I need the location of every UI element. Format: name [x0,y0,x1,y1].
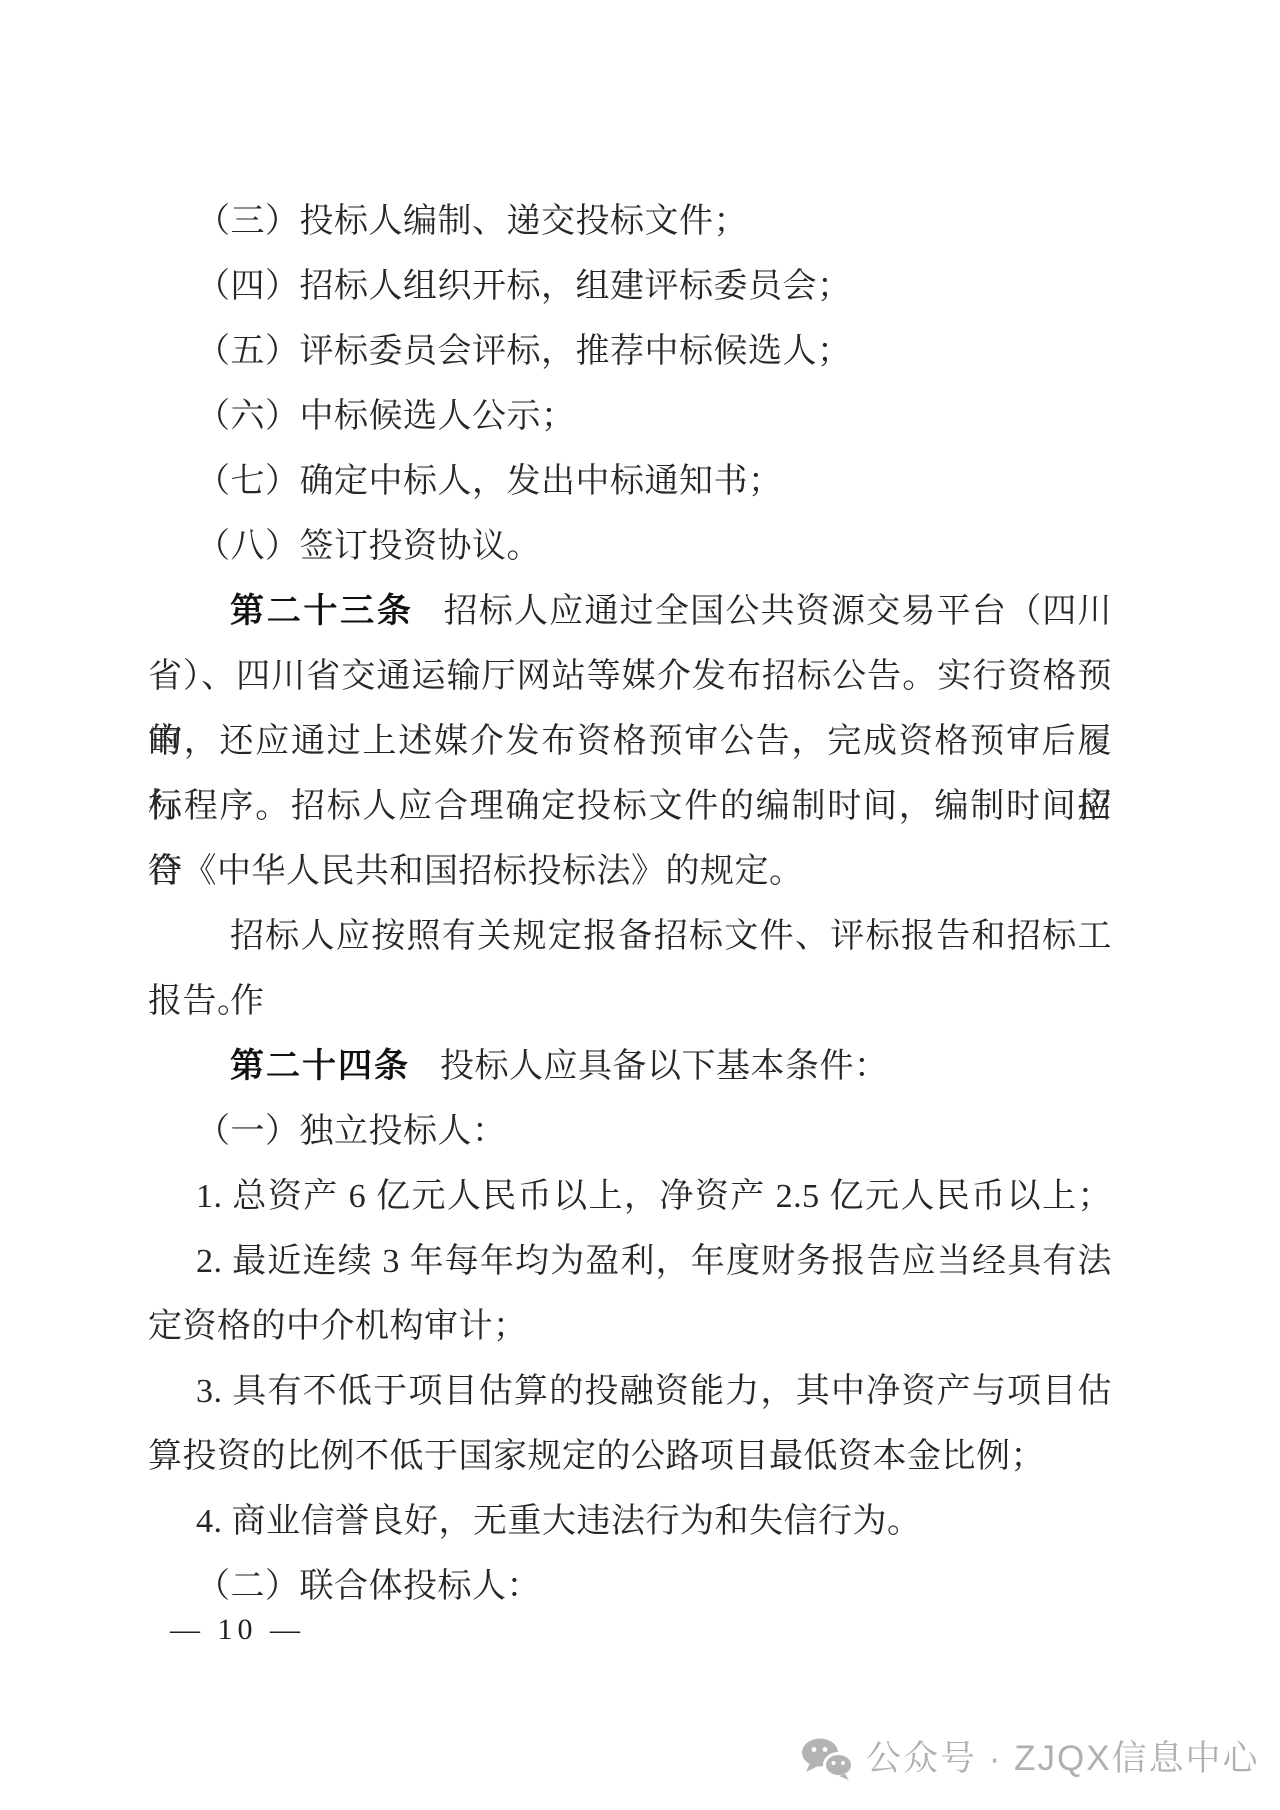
footer-label: 公众号 · ZJQX信息中心 [866,1738,1260,1780]
document-line-text: （七）确定中标人，发出中标通知书； [196,463,783,500]
document-line-text: （三）投标人编制、递交投标文件； [196,203,748,240]
document-line: （一）独立投标人： [148,1099,1112,1164]
document-line-text: 4. 商业信誉良好，无重大违法行为和失信行为。 [196,1503,922,1540]
document-line: 标程序。招标人应合理确定投标文件的编制时间，编制时间应符 [148,774,1112,839]
document-page: （三）投标人编制、递交投标文件；（四）招标人组织开标，组建评标委员会；（五）评标… [0,0,1280,1810]
document-line: （五）评标委员会评标，推荐中标候选人； [148,319,1112,384]
document-line: 招标人应按照有关规定报备招标文件、评标报告和招标工作 [148,904,1112,969]
page-number: — 10 — [170,1610,305,1650]
document-line: （四）招标人组织开标，组建评标委员会； [148,254,1112,319]
document-line-text: （五）评标委员会评标，推荐中标候选人； [196,333,852,370]
document-line: 第二十四条投标人应具备以下基本条件： [148,1034,1112,1099]
document-body: （三）投标人编制、递交投标文件；（四）招标人组织开标，组建评标委员会；（五）评标… [148,189,1112,1619]
document-line: 合《中华人民共和国招标投标法》的规定。 [148,839,1112,904]
wechat-icon [800,1738,854,1780]
document-line-text: 报告。 [148,983,252,1020]
document-line: （七）确定中标人，发出中标通知书； [148,449,1112,514]
document-line-text: 1. 总资产 6 亿元人民币以上，净资产 2.5 亿元人民币以上； [196,1178,1112,1215]
document-line: 4. 商业信誉良好，无重大违法行为和失信行为。 [148,1489,1112,1554]
document-line: （八）签订投资协议。 [148,514,1112,579]
document-line-text: 3. 具有不低于项目估算的投融资能力，其中净资产与项目估 [196,1373,1112,1410]
document-line: 的，还应通过上述媒介发布资格预审公告，完成资格预审后履行招 [148,709,1112,774]
document-line-text: 2. 最近连续 3 年每年均为盈利，年度财务报告应当经具有法 [196,1243,1112,1280]
document-line: 报告。 [148,969,1112,1034]
document-line: 定资格的中介机构审计； [148,1294,1112,1359]
clause-heading: 第二十四条 [230,1047,410,1085]
document-line: 3. 具有不低于项目估算的投融资能力，其中净资产与项目估 [148,1359,1112,1424]
document-line-text: （二）联合体投标人： [196,1568,541,1605]
document-line-text: 招标人应通过全国公共资源交易平台（四川 [444,593,1112,630]
document-line: 2. 最近连续 3 年每年均为盈利，年度财务报告应当经具有法 [148,1229,1112,1294]
document-line: 算投资的比例不低于国家规定的公路项目最低资本金比例； [148,1424,1112,1489]
document-line-text: 定资格的中介机构审计； [148,1308,528,1345]
document-line: 省）、四川省交通运输厅网站等媒介发布招标公告。实行资格预审 [148,644,1112,709]
document-line: 1. 总资产 6 亿元人民币以上，净资产 2.5 亿元人民币以上； [148,1164,1112,1229]
document-line: （三）投标人编制、递交投标文件； [148,189,1112,254]
document-line-text: 算投资的比例不低于国家规定的公路项目最低资本金比例； [148,1438,1045,1475]
document-line-text: 合《中华人民共和国招标投标法》的规定。 [148,853,804,890]
document-line: 第二十三条招标人应通过全国公共资源交易平台（四川 [148,579,1112,644]
document-line-text: （四）招标人组织开标，组建评标委员会； [196,268,852,305]
wechat-footer: 公众号 · ZJQX信息中心 [800,1736,1260,1782]
document-line-text: （一）独立投标人： [196,1113,507,1150]
document-line-text: 投标人应具备以下基本条件： [440,1048,889,1085]
document-line-text: （六）中标候选人公示； [196,398,576,435]
document-line: （六）中标候选人公示； [148,384,1112,449]
document-line-text: （八）签订投资协议。 [196,528,541,565]
clause-heading: 第二十三条 [230,592,414,630]
